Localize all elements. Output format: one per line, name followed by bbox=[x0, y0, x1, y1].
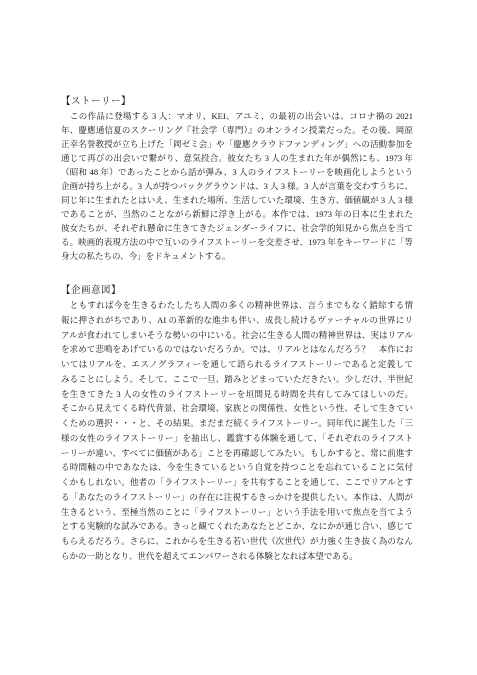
text-line: を求めて悲鳴をあげているのではないだろうか。では、リアルとはなんだろう？ 本作に… bbox=[61, 342, 413, 357]
text-line: 報に押されがちであり、AI の革新的な進歩も伴い、成長し続けるヴァーチャルの世界… bbox=[61, 313, 413, 328]
text-line: くかもしれない。他者の「ライフストーリー」を共有することを通して、ここでリアルと… bbox=[61, 475, 413, 490]
document-body: 【ストーリー】 この作品に登場する 3 人：マオリ、KEI、アユミ、の最初の出会… bbox=[61, 95, 413, 564]
text-line: らかの一助となり、世代を超えてエンパワーされる体験となれば本望である。 bbox=[61, 549, 413, 564]
text-line: （昭和 48 年）であったことから話が弾み、3 人のライフストーリーを映画化しよ… bbox=[61, 165, 413, 179]
text-line: くための選択・・・と、その結果。まだまだ続くライフストーリー。同年代に誕生した「… bbox=[61, 416, 413, 431]
text-line: 通じて再びの出会いで繋がり、意気投合。彼女たち 3 人の生まれた年が偶然にも、1… bbox=[61, 151, 413, 165]
text-line: もらえるだろう。さらに、これからを生きる若い世代（次世代）が力強く生き抜く為のな… bbox=[61, 534, 413, 549]
text-line: 様の女性のライフストーリー」を抽出し、鑑賞する体験を通して、「それぞれのライフス… bbox=[61, 431, 413, 446]
text-line: ーリーが違い、すべてに価値がある」ことを再確認してみたい。もしかすると、常に前進… bbox=[61, 446, 413, 461]
story-section: 【ストーリー】 この作品に登場する 3 人：マオリ、KEI、アユミ、の最初の出会… bbox=[61, 95, 413, 263]
text-line: 正幸名誉教授が立ち上げた「岡ゼミ会」や「慶應クラウドファンディング」への活動参加… bbox=[61, 137, 413, 151]
text-line: アルが食われてしまいそうな勢いの中にいる。社会に生きる人間の精神世界は、実はリア… bbox=[61, 328, 413, 343]
text-line: る時間軸の中であなたは、今を生きているという自覚を持つことを忘れていることに気付 bbox=[61, 460, 413, 475]
intent-section-heading: 【企画意図】 bbox=[61, 284, 413, 298]
text-line: る。映画的表現方法の中で互いのライフストーリーを交差させ、1973 年をキーワー… bbox=[61, 235, 413, 249]
text-line: この作品に登場する 3 人：マオリ、KEI、アユミ、の最初の出会いは、コロナ禍の… bbox=[61, 109, 413, 123]
intent-section: 【企画意図】 ともすれば今を生きるわたしたち人間の多くの精神世界は、言うまでもな… bbox=[61, 284, 413, 564]
text-line: 生きるという、至極当然のことに「ライフストーリー」という手法を用いて焦点を当てよ… bbox=[61, 505, 413, 520]
text-line: を生きてきた 3 人の女性のライフストーリーを垣間見る時間を共有してみてほしいの… bbox=[61, 387, 413, 402]
text-line: とする実験的な試みである。きっと観てくれたあなたとどこか、なにかが通じ合い、感じ… bbox=[61, 519, 413, 534]
text-line: 年、慶應通信夏のスクーリング『社会学（専門）』のオンライン授業だった。その後、岡… bbox=[61, 123, 413, 137]
text-line: 身大の私たちの、今」をドキュメントする。 bbox=[61, 249, 413, 263]
document-page: 【ストーリー】 この作品に登場する 3 人：マオリ、KEI、アユミ、の最初の出会… bbox=[0, 0, 477, 675]
text-line: ともすれば今を生きるわたしたち人間の多くの精神世界は、言うまでもなく錯綜する情 bbox=[61, 298, 413, 313]
text-line: そこから見えてくる時代背景、社会環境、家族との関係性、女性という性、そして生きて… bbox=[61, 401, 413, 416]
text-line: 同じ年に生まれたとはいえ、生まれた場所、生活していた環境、生き方、価値観が 3 … bbox=[61, 193, 413, 207]
text-line: 企画が持ち上がる。3 人が持つバックグラウンドは、3 人 3 様。3 人が言葉を… bbox=[61, 179, 413, 193]
text-line: 彼女たちが、それぞれ懸命に生きてきたジェンダーライフに、社会学的知見から焦点を当… bbox=[61, 221, 413, 235]
text-line: る「あなたのライフストーリー」の存在に注視するきっかけを提供したい。本作は、人間… bbox=[61, 490, 413, 505]
text-line: いてはリアルを、エスノグラフィーを通して語られるライフストーリーであると定義して bbox=[61, 357, 413, 372]
text-line: であることが、当然のことながら新鮮に浮き上がる。本作では、1973 年の日本に生… bbox=[61, 207, 413, 221]
text-line: みることにしよう。そして、ここで一旦、踏みとどまっていただきたい。少しだけ、半世… bbox=[61, 372, 413, 387]
story-section-heading: 【ストーリー】 bbox=[61, 95, 413, 109]
